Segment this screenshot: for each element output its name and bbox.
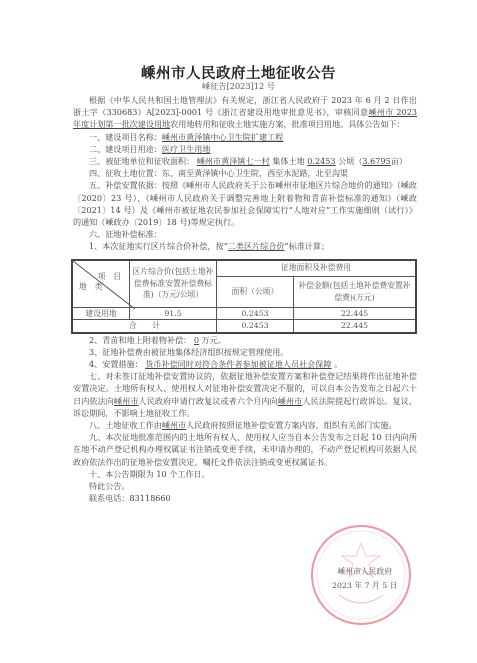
cell-area: 0.2453 — [217, 307, 294, 320]
item-8-a: 八、土地征收工作由 — [89, 420, 162, 430]
document-body: 根据《中华人民共和国土地管理法》有关规定，浙江省人民政府于 2023 年 6 月… — [73, 94, 417, 504]
item-2: 二、建设项目用途：医疗卫生用地 — [73, 143, 417, 155]
project-name: 嵊州市黄泽镇中心卫生院扩建工程 — [162, 132, 283, 142]
land-type-label: 集体土地 — [272, 156, 304, 166]
total-area: 0.2453 — [217, 320, 294, 333]
item-6-4-post: 。 — [334, 359, 342, 369]
area-mu: 3.6795 — [362, 156, 390, 166]
signing-org: 嵊州市人民政府 — [332, 565, 398, 579]
hectare-unit: 公顷（ — [338, 156, 362, 166]
expropriated-unit: 嵊州市黄泽镇七一村 — [197, 156, 270, 166]
signature-block: 嵊州市人民政府 2023 年 7 月 5 日 — [332, 565, 398, 593]
item-6-2-pre: 2、青苗和地上附着物补偿： — [89, 335, 191, 345]
item-8: 八、土地征收工作由嵊州市人民政府按照征地补偿安置方案内容，组织有关部门实施。 — [73, 419, 417, 431]
page-title: 嵊州市人民政府土地征收公告 — [0, 62, 477, 83]
item-6-2-post: 万元。 — [202, 335, 226, 345]
item-5: 五、补偿安置依据：按照《嵊州市人民政府关于公布嵊州市征地区片综合地价的通知》（嵊… — [73, 179, 417, 228]
item-6: 六、征地补偿标准： — [73, 228, 417, 240]
diagonal-header-cell: 项 目 地 类 — [72, 260, 130, 308]
item-1-label: 一、建设项目名称： — [89, 132, 162, 142]
area-hectares: 0.2453 — [307, 156, 335, 166]
item-6-1-post: ”标准计算； — [284, 241, 329, 251]
cell-price: 91.5 — [130, 307, 217, 320]
item-9: 九、本次征地批准范围内的土地所有权人、使用权人应当自本公告发布之日起 10 日内… — [73, 431, 417, 468]
item-2-label: 二、建设项目用途： — [89, 144, 162, 154]
intro-paragraph: 根据《中华人民共和国土地管理法》有关规定，浙江省人民政府于 2023 年 6 月… — [73, 94, 417, 131]
header-group: 征地面积及补偿费用 — [217, 260, 417, 277]
contact-phone: 联系电话：83118660 — [73, 492, 417, 504]
intro-text-1: 根据《中华人民共和国土地管理法》有关规定，浙江省人民政府于 2023 年 6 月… — [73, 95, 417, 117]
document-page: 嵊州市人民政府土地征收公告 嵊征告[2023]12 号 根据《中华人民共和国土地… — [0, 0, 477, 663]
item-7: 七、对未签订征地补偿安置协议的，依据征地补偿安置方案和补偿登记结果将作出征地补偿… — [73, 370, 417, 419]
price-category: 二类区片综合价 — [228, 241, 285, 251]
closing-text: 特此公告。 — [73, 480, 417, 492]
header-price: 区片综合价(包括土地补偿费标准安置补偿费标准)（万元/公顷） — [130, 260, 217, 308]
item-8-b: 人民政府按照征地补偿安置方案内容，组织有关部门实施。 — [186, 420, 396, 430]
compensation-table: 项 目 地 类 区片综合价(包括土地补偿费标准安置补偿费标准)（万元/公顷） 征… — [71, 259, 417, 334]
item-4: 四、征收土地位置：东、南至黄泽镇中心卫生院，西至水泥路，北至沟渠 — [73, 167, 417, 179]
item-10: 十、本公告期限为 10 个工作日。 — [73, 468, 417, 480]
table-header-row-1: 项 目 地 类 区片综合价(包括土地补偿费标准安置补偿费标准)（万元/公顷） 征… — [72, 260, 416, 277]
header-land-type: 地 类 — [79, 281, 102, 293]
intro-text-2: 农用地转用和征收土地实施方案，批准项目用地。具体公告如下： — [170, 119, 405, 129]
item-7-b: 人民政府申请行政复议或者六个月内向 — [139, 396, 278, 406]
item-6-1-pre: 1、本次征地实行区片综合价补偿，按“ — [89, 241, 228, 251]
item-3: 三、被征地单位和征收面积： 嵊州市黄泽镇七一村 集体土地 0.2453 公顷（3… — [73, 155, 417, 167]
item-6-4-pre: 4、安置措施： — [89, 359, 143, 369]
item-6-3: 3、征地补偿费由被征地集体经济组织按规定管理使用。 — [73, 346, 417, 358]
total-amount: 22.445 — [294, 320, 417, 333]
table-total-row: 合 计 0.2453 22.445 — [72, 320, 416, 333]
cell-amount: 22.445 — [294, 307, 417, 320]
total-label: 合 计 — [72, 320, 217, 333]
crops-compensation: 0 — [194, 335, 199, 345]
project-use: 医疗卫生用地 — [162, 144, 211, 154]
mu-unit: 亩） — [391, 156, 407, 166]
item-7-city-2: 嵊州市 — [278, 396, 303, 406]
item-6-4: 4、安置措施： 货币补偿同时对符合条件者参加被征地人员社会保障 。 — [73, 358, 417, 370]
cell-type: 建设用地 — [72, 307, 130, 320]
signing-date: 2023 年 7 月 5 日 — [332, 579, 398, 593]
item-8-city: 嵊州市 — [162, 420, 186, 430]
header-area: 面积（公顷） — [217, 276, 294, 307]
item-7-city-1: 嵊州市 — [114, 396, 139, 406]
table-row: 建设用地 91.5 0.2453 22.445 — [72, 307, 416, 320]
item-3-label: 三、被征地单位和征收面积： — [89, 156, 194, 166]
item-6-1: 1、本次征地实行区片综合价补偿，按“二类区片综合价”标准计算； — [73, 240, 417, 252]
item-6-2: 2、青苗和地上附着物补偿： 0 万元。 — [73, 334, 417, 346]
item-1: 一、建设项目名称：嵊州市黄泽镇中心卫生院扩建工程 — [73, 131, 417, 143]
doc-number: 嵊征告[2023]12 号 — [0, 81, 477, 92]
header-amount: 补偿金额(包括土地补偿费安置补偿费)(万元) — [294, 276, 417, 307]
resettlement-measure: 货币补偿同时对符合条件者参加被征地人员社会保障 — [145, 359, 331, 369]
